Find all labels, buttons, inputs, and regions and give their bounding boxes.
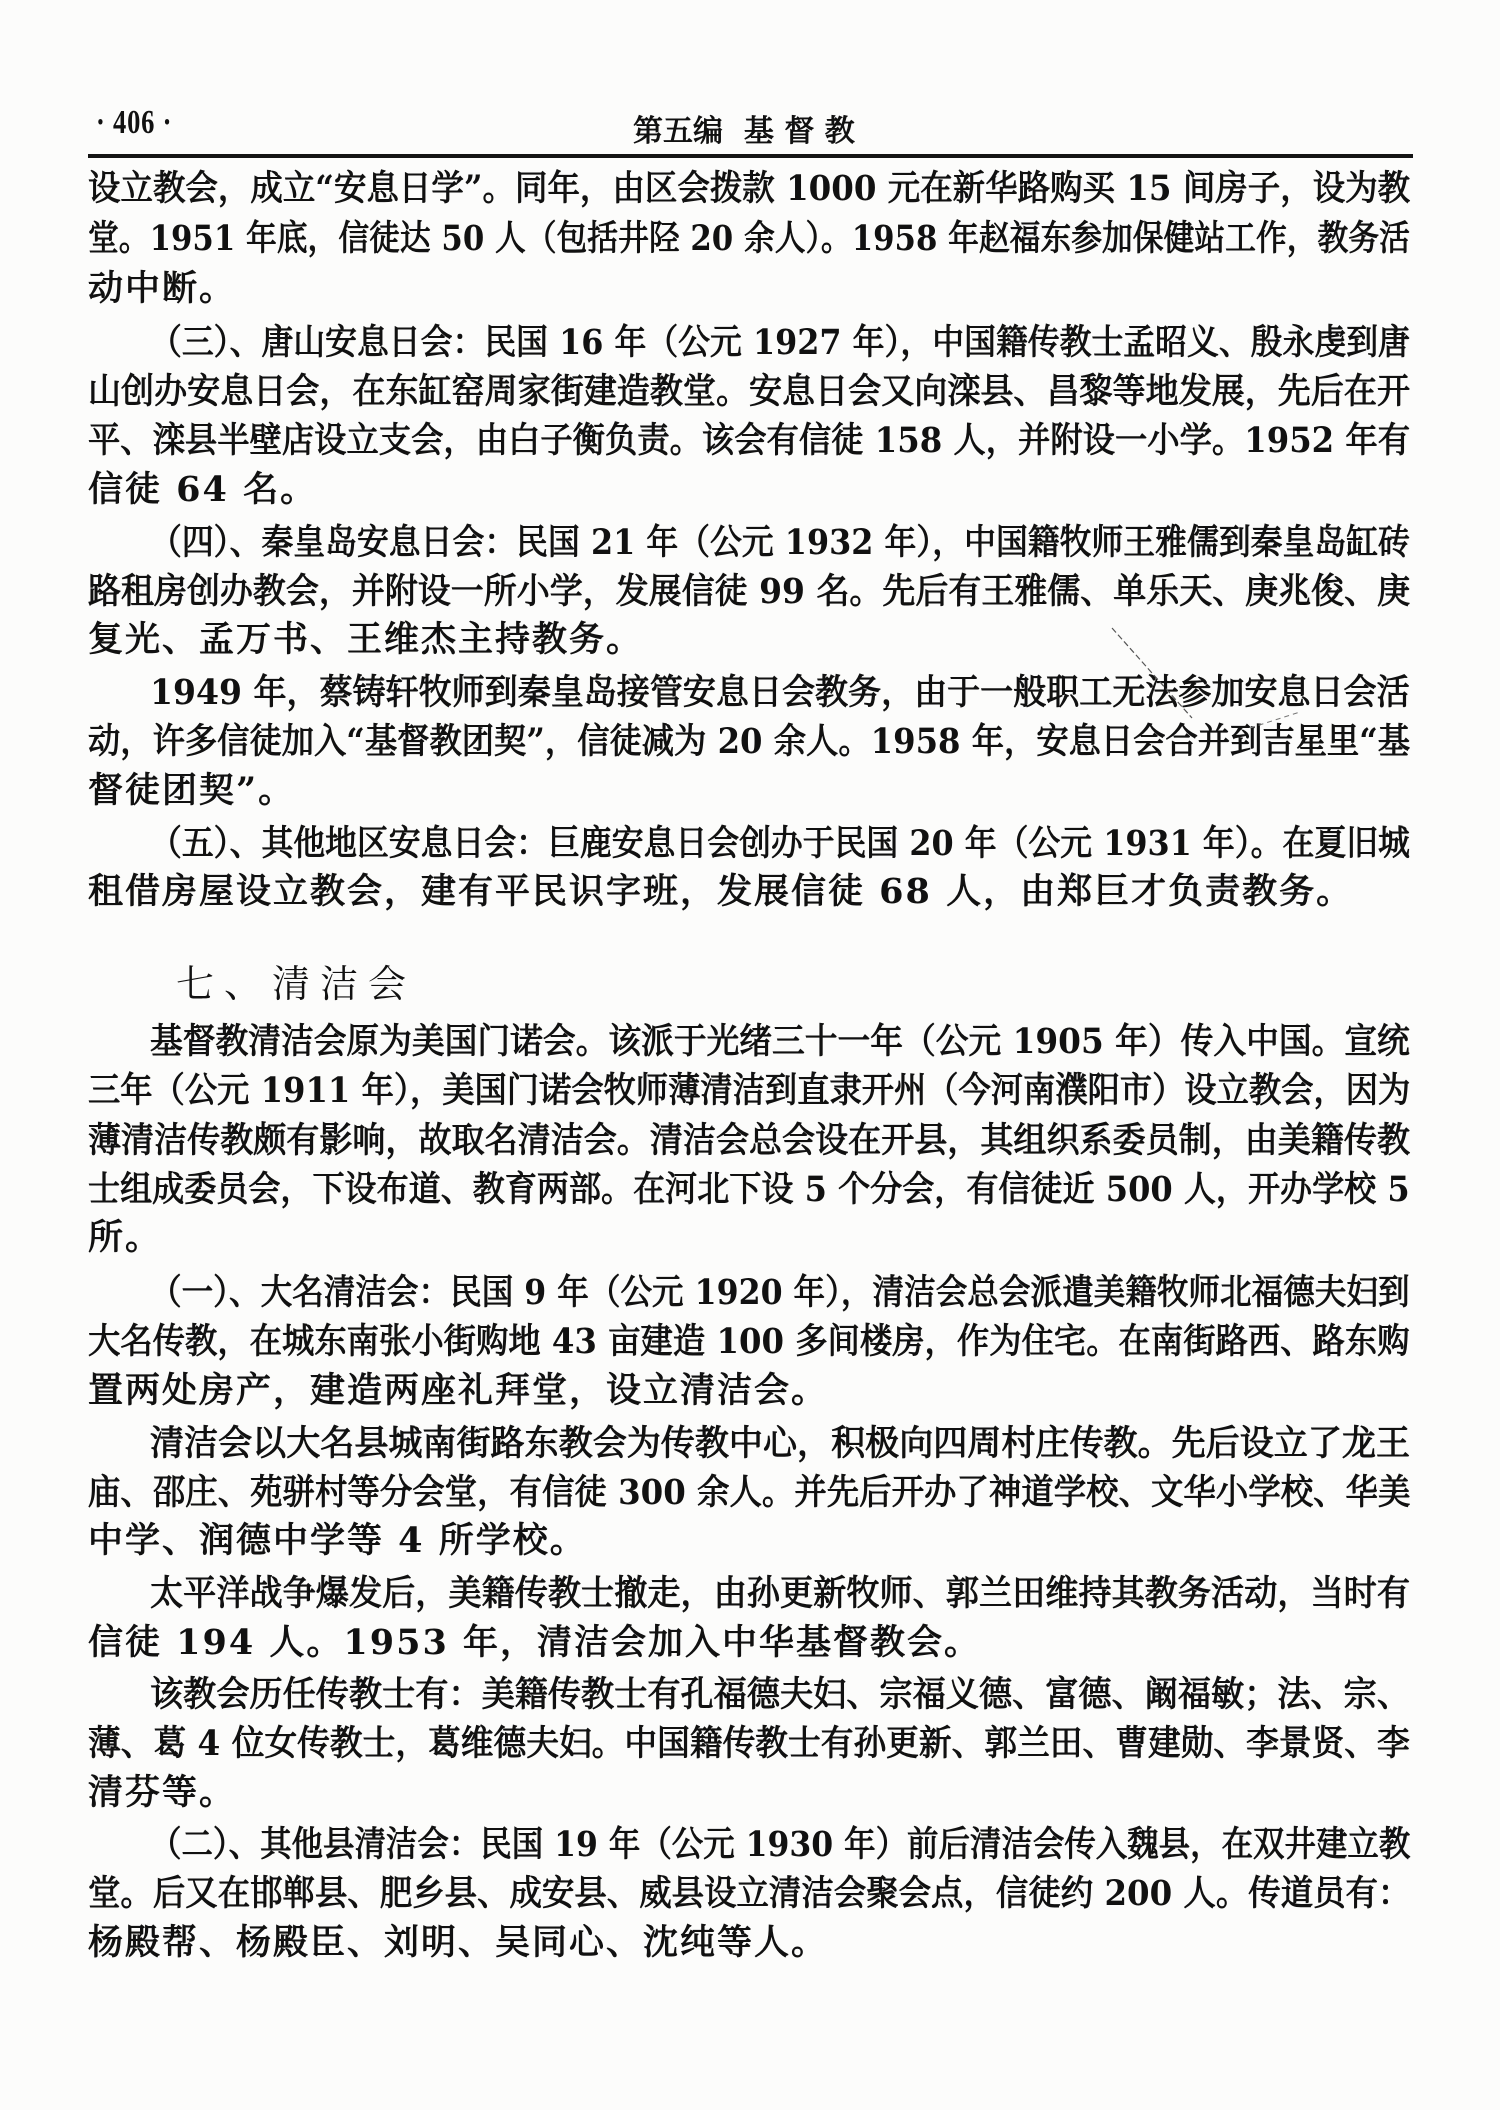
text-line: 太平洋战争爆发后，美籍传教士撤走，由孙更新牧师、郭兰田维持其教务活动，当时有 [150, 1571, 1410, 1617]
text-line: 薄、葛 4 位女传教士，葛维德夫妇。中国籍传教士有孙更新、郭兰田、曹建勋、李景贤… [88, 1721, 1410, 1767]
text-line: （四）、秦皇岛安息日会：民国 21 年（公元 1932 年），中国籍牧师王雅儒到… [150, 520, 1410, 566]
text-line: 督徒团契”。 [88, 768, 295, 814]
text-line: 信徒 64 名。 [88, 467, 317, 513]
text-line: 士组成委员会，下设布道、教育两部。在河北下设 5 个分会，有信徒近 500 人，… [88, 1167, 1410, 1213]
text-line: 山创办安息日会，在东缸窑周家街建造教堂。安息日会又向滦县、昌黎等地发展，先后在开 [88, 369, 1410, 415]
text-line: 信徒 194 人。1953 年，清洁会加入中华基督教会。 [88, 1620, 981, 1666]
text-line: 动中断。 [88, 266, 236, 312]
text-line: 中学、润德中学等 4 所学校。 [88, 1518, 587, 1564]
text-line: 基督教清洁会原为美国门诺会。该派于光绪三十一年（公元 1905 年）传入中国。宣… [150, 1019, 1410, 1065]
text-line: 大名传教，在城东南张小街购地 43 亩建造 100 多间楼房，作为住宅。在南街路… [88, 1319, 1410, 1365]
header-rule [88, 154, 1413, 158]
section-heading: 七、清洁会 [176, 960, 416, 1008]
text-line: 堂。后又在邯郸县、肥乡县、成安县、威县设立清洁会聚会点，信徒约 200 人。传道… [88, 1871, 1410, 1917]
text-line: 杨殿帮、杨殿臣、刘明、吴同心、沈纯等人。 [88, 1920, 828, 1966]
text-line: 租借房屋设立教会，建有平民识字班，发展信徒 68 人，由郑巨才负责教务。 [88, 869, 1353, 915]
text-line: 三年（公元 1911 年），美国门诺会牧师薄清洁到直隶开州（今河南濮阳市）设立教… [88, 1068, 1410, 1114]
running-title: 第五编 基 督 教 [633, 106, 855, 150]
text-line: （二）、其他县清洁会：民国 19 年（公元 1930 年）前后清洁会传入魏县，在… [150, 1822, 1410, 1868]
text-line: 动，许多信徒加入“基督教团契”，信徒减为 20 余人。1958 年，安息日会合并… [88, 719, 1410, 765]
text-line: 堂。1951 年底，信徒达 50 人（包括井陉 20 余人）。1958 年赵福东… [88, 216, 1410, 262]
text-line: 所。 [88, 1215, 162, 1261]
text-line: （五）、其他地区安息日会：巨鹿安息日会创办于民国 20 年（公元 1931 年）… [150, 821, 1410, 867]
page-number: · 406 · [96, 104, 172, 142]
text-line: （一）、大名清洁会：民国 9 年（公元 1920 年），清洁会总会派遣美籍牧师北… [150, 1270, 1410, 1316]
text-line: 庙、邵庄、苑骈村等分会堂，有信徒 300 余人。并先后开办了神道学校、文华小学校… [88, 1470, 1410, 1516]
text-line: （三）、唐山安息日会：民国 16 年（公元 1927 年），中国籍传教士孟昭义、… [150, 320, 1410, 366]
text-line: 该教会历任传教士有：美籍传教士有孔福德夫妇、宗福义德、富德、阚福敏；法、宗、 [150, 1672, 1410, 1718]
text-line: 平、滦县半壁店设立支会，由白子衡负责。该会有信徒 158 人，并附设一小学。19… [88, 418, 1410, 464]
text-line: 清洁会以大名县城南街路东教会为传教中心，积极向四周村庄传教。先后设立了龙王 [150, 1421, 1410, 1467]
text-line: 复光、孟万书、王维杰主持教务。 [88, 617, 643, 663]
text-line: 路租房创办教会，并附设一所小学，发展信徒 99 名。先后有王雅儒、单乐天、庚兆俊… [88, 569, 1410, 615]
text-line: 清芬等。 [88, 1770, 236, 1816]
text-line: 薄清洁传教颇有影响，故取名清洁会。清洁会总会设在开县，其组织系委员制，由美籍传教 [88, 1118, 1410, 1164]
text-line: 设立教会，成立“安息日学”。同年，由区会拨款 1000 元在新华路购买 15 间… [88, 166, 1410, 212]
text-line: 1949 年，蔡铸轩牧师到秦皇岛接管安息日会教务，由于一般职工无法参加安息日会活 [150, 670, 1410, 716]
text-line: 置两处房产，建造两座礼拜堂，设立清洁会。 [88, 1368, 828, 1414]
